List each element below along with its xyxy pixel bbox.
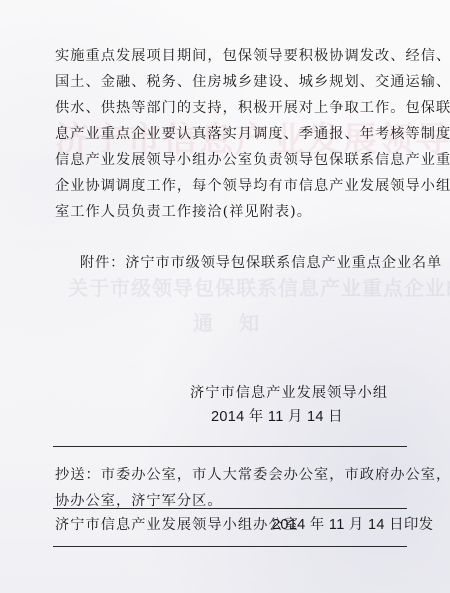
cc-line-1: 抄送：市委办公室，市人大常委会办公室，市政府办公室，市政 (55, 466, 407, 484)
signature-organization: 济宁市信息产业发展领导小组 (190, 384, 388, 402)
body-line: 信息产业发展领导小组办公室负责领导包保联系信息产业重点 (55, 151, 407, 169)
body-line: 息产业重点企业要认真落实月调度、季通报、年考核等制度。市 (55, 125, 407, 143)
divider-bottom (53, 546, 407, 547)
issuer-date: 2014 年 11 月 14 日印发 (272, 516, 433, 534)
divider-top (53, 446, 407, 447)
body-line: 企业协调调度工作，每个领导均有市信息产业发展领导小组办公 (55, 177, 407, 195)
show-through-title-line1: 关于市级领导包保联系信息产业重点企业的 (68, 272, 450, 301)
body-line: 室工作人员负责工作接洽(祥见附表)。 (55, 203, 407, 221)
body-line: 实施重点发展项目期间，包保领导要积极协调发改、经信、科技、 (55, 47, 407, 65)
divider-middle (53, 508, 407, 509)
scanned-page: 济宁市信息产业发展领导小组文件 关于市级领导包保联系信息产业重点企业的 通知 实… (0, 0, 450, 593)
attachment-note: 附件：济宁市市级领导包保联系信息产业重点企业名单 (80, 254, 432, 272)
body-line: 国土、金融、税务、住房城乡建设、城乡规划、交通运输、供电、 (55, 73, 407, 91)
signature-date: 2014 年 11 月 14 日 (211, 408, 343, 426)
issuer-office: 济宁市信息产业发展领导小组办公室 (55, 516, 299, 534)
show-through-title-line2: 通知 (193, 307, 285, 336)
body-line: 供水、供热等部门的支持，积极开展对上争取工作。包保联系信 (55, 99, 407, 117)
